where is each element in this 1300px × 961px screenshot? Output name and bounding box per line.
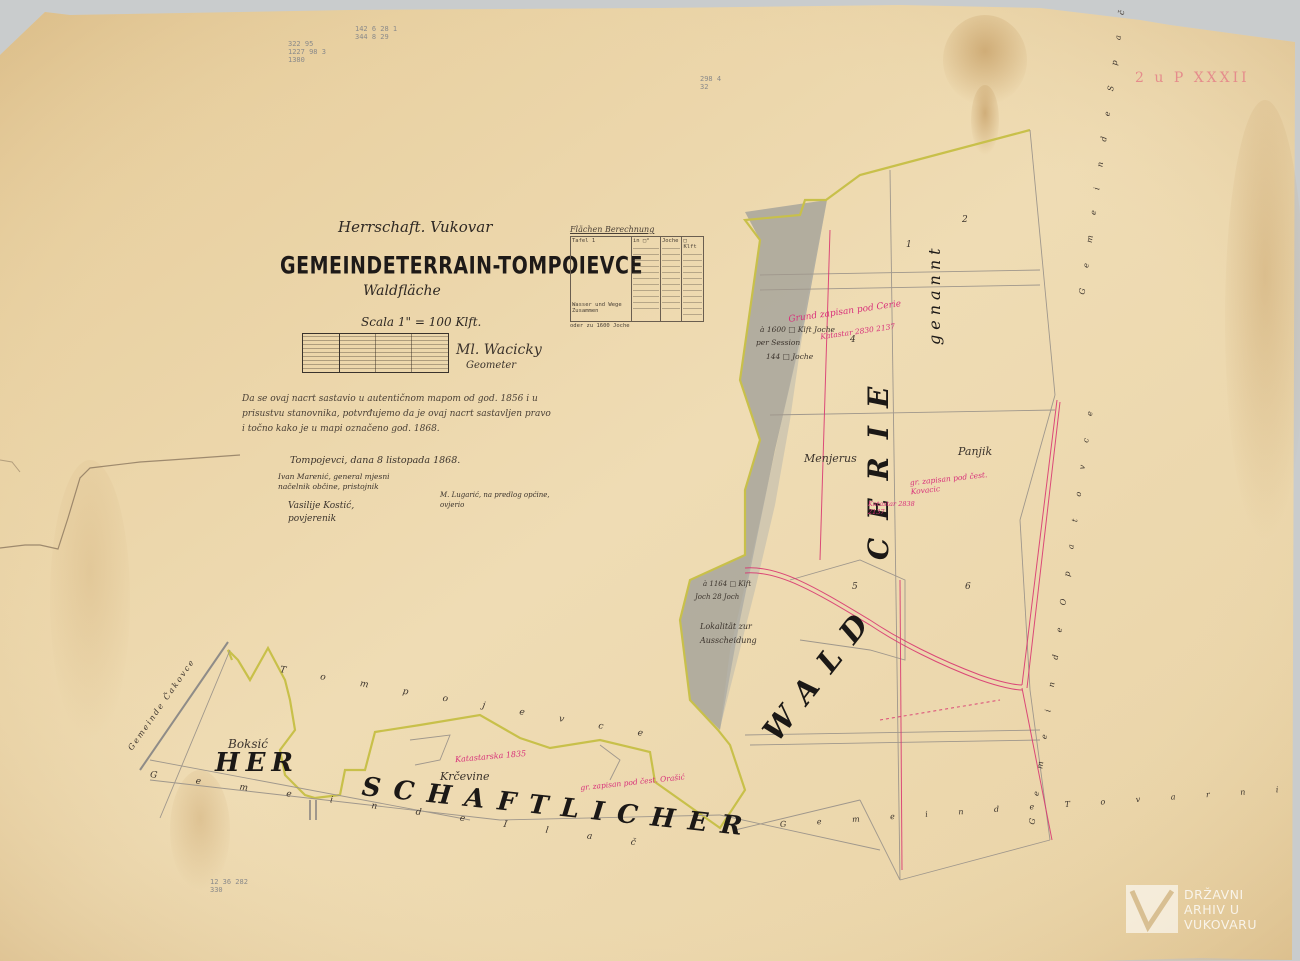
map-scale-label: Scala 1" = 100 Klft. [361,315,481,329]
area-table-title: Flächen Berechnung [570,225,704,234]
signature-block-2: Vasilije Kostić, povjerenik [288,500,378,526]
pencil-scribble: 322 95 1227 98 3 1380 [288,40,328,64]
signature-block-3: M. Lugarić, na predlog općine, ovjerio [440,490,550,510]
top-pencil-mark: 2 u P XXXII [1135,70,1250,86]
strip-note-3: 144 □ Joche [766,352,813,361]
lower-strip-note-1: à 1164 □ Klft [703,580,751,588]
parcel-number: 4 [850,335,856,345]
map-sheet: Herrschaft. Vukovar GEMEINDETERRAIN-TOMP… [0,0,1300,961]
estate-title: Herrschaft. Vukovar [338,218,492,236]
place-panjik: Panjik [958,445,992,458]
archive-logo-icon [1126,885,1178,933]
archive-watermark: DRŽAVNI ARHIV U VUKOVARU [1126,885,1257,933]
map-subtitle: Waldfläche [363,283,441,299]
lower-strip-note-2: Joch 28 Joch [695,593,739,601]
table-footer-note: oder zu 1600 Joche [570,323,704,329]
place-krcevine: Krčevine [440,770,489,783]
pencil-scribble: 12 36 282 330 [210,878,250,894]
parcel-number: 2 [962,215,968,225]
parcel-number: 5 [852,582,858,592]
surveyor-role: Geometer [466,360,516,371]
pencil-scribble: 142 6 28 1 344 8 29 [355,25,400,41]
watermark-line-2: ARHIV U [1184,902,1257,917]
strip-note-2: per Session [756,338,800,347]
watermark-line-1: DRŽAVNI [1184,887,1257,902]
region-label-cerie: CERIE [862,369,895,560]
table-col-header: Joche [662,238,681,244]
parcel-number: 6 [965,582,971,592]
table-col-header: □ Klft [683,238,702,250]
certification-text: Da se ovaj nacrt sastavio u autentičnom … [242,392,552,437]
pencil-scribble: 298 4 32 [700,75,730,91]
place-date: Tompojevci, dana 8 listopada 1868. [290,455,460,466]
area-table: Flächen Berechnung Tafel 1 Wasser und We… [570,225,704,329]
surveyor-signature: Ml. Wacicky [456,342,542,358]
watermark-line-3: VUKOVARU [1184,917,1257,932]
place-menjerus: Menjerus [804,452,857,465]
scale-bar [302,333,449,373]
table-footer-label: Zusammen [572,308,630,314]
signature-block-1: Ivan Marenić, general mjesni načelnik ob… [278,472,408,492]
region-label-genannt: genannt [925,243,944,345]
pink-note-kovacic-katastar: Katastar 2838 2137 [868,500,918,516]
place-lokalitat: Lokalität zur Ausscheidung [700,620,760,648]
region-label-her: HER [215,748,299,778]
parcel-number: 1 [906,240,912,250]
place-boksic: Boksić [228,737,268,751]
